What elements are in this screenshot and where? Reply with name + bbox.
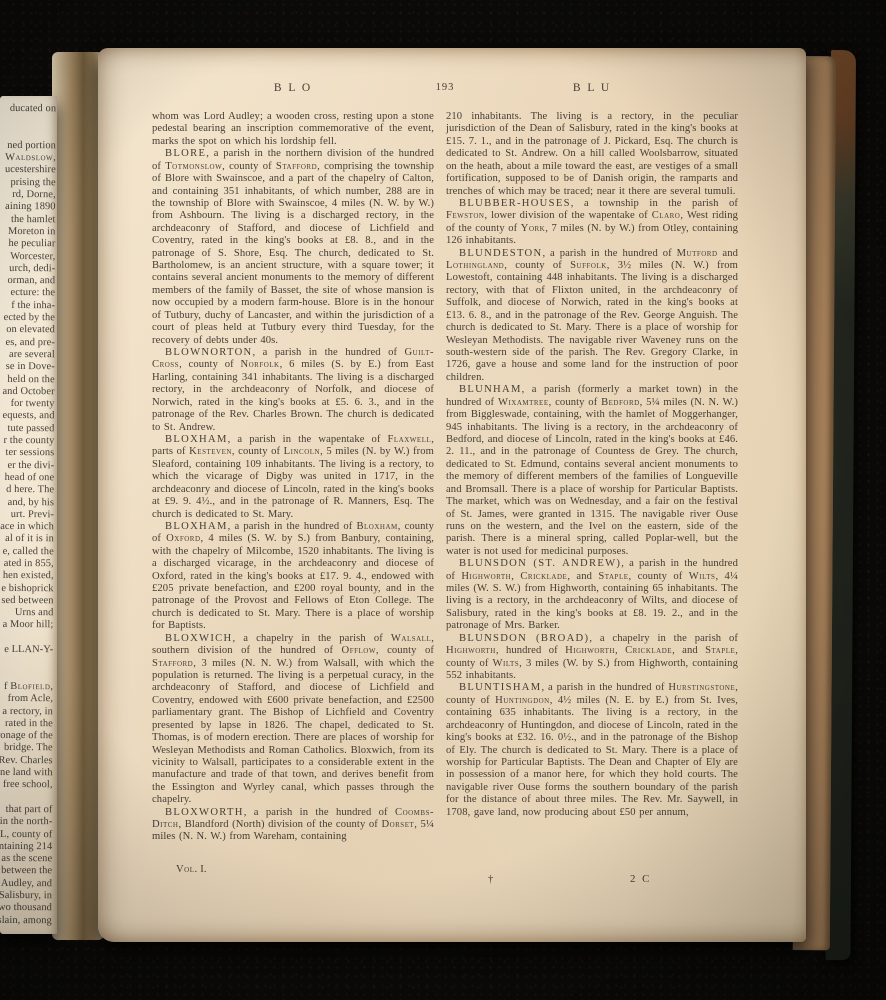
left-page-line xyxy=(0,632,53,645)
left-page-line: slain, among xyxy=(0,914,52,927)
entry-paragraph: BLOXWORTH, a parish in the hundred of Co… xyxy=(152,807,434,844)
book-gutter xyxy=(52,52,104,940)
entry-paragraph: BLOXWICH, a chapelry in the parish of Wa… xyxy=(152,633,434,807)
entry-paragraph: BLOXHAM, a parish in the wapentake of Fl… xyxy=(152,434,434,521)
left-page-line: r the county xyxy=(0,435,54,448)
left-page-line: f the inha- xyxy=(0,300,55,313)
left-page-line: l Audley, and xyxy=(0,877,52,890)
left-page-line: er the divi- xyxy=(0,459,54,472)
text-columns: whom was Lord Audley; a wooden cross, re… xyxy=(152,111,738,871)
left-page-line: e LLAN-Y- xyxy=(0,644,53,657)
left-page-line: Moreton in xyxy=(0,226,56,239)
left-page-line: a free school, xyxy=(0,779,53,792)
book-photo: ducated on ned portionWaldslow,ucestersh… xyxy=(0,0,886,1000)
entry-paragraph: 210 inhabitants. The living is a rectory… xyxy=(446,111,738,198)
left-page-line: L, county of xyxy=(0,828,52,841)
entry-paragraph: BLOXHAM, a parish in the hundred of Blox… xyxy=(152,521,434,633)
entry-paragraph: BLUNSDON (BROAD), a chapelry in the pari… xyxy=(446,633,738,683)
left-page-edge: ducated on ned portionWaldslow,ucestersh… xyxy=(0,96,57,934)
left-page-line: are several xyxy=(0,349,55,362)
left-page-line: ntaining 214 xyxy=(0,841,52,854)
left-page-line: Rev. Charles xyxy=(0,755,53,768)
text-column-left: whom was Lord Audley; a wooden cross, re… xyxy=(152,111,434,871)
left-page-line: f Blofield, xyxy=(0,681,53,694)
entry-paragraph: BLUNSDON (ST. ANDREW), a parish in the h… xyxy=(446,558,738,633)
left-page-line: in the north- xyxy=(0,816,52,829)
entry-paragraph: whom was Lord Audley; a wooden cross, re… xyxy=(152,111,434,148)
left-page-line: hen existed, xyxy=(0,570,54,583)
entry-paragraph: BLUNTISHAM, a parish in the hundred of H… xyxy=(446,682,738,819)
left-page-line: Worcester, xyxy=(0,250,55,263)
entry-paragraph: BLUNDESTON, a parish in the hundred of M… xyxy=(446,248,738,385)
left-page-line: e bishoprick xyxy=(0,582,54,595)
left-page-line xyxy=(0,115,56,128)
left-page-line: ter sessions xyxy=(0,447,54,460)
left-page-line: the hamlet xyxy=(0,213,56,226)
left-page-line: for twenty xyxy=(0,398,55,411)
left-page-line: a rectory, in xyxy=(0,705,53,718)
left-page-line: Salisbury, in xyxy=(0,890,52,903)
left-page-line: rd, Dorne, xyxy=(0,189,56,202)
left-page-line: ated in 855, xyxy=(0,558,54,571)
left-page-line: orman, and xyxy=(0,275,55,288)
left-page-line: ecture: the xyxy=(0,287,55,300)
volume-signature: Vol. I. xyxy=(176,864,206,875)
left-page-line xyxy=(0,791,53,804)
running-head-right: B L U xyxy=(446,82,738,94)
left-page-line: sed between xyxy=(0,595,54,608)
left-page-line: on elevated xyxy=(0,324,55,337)
entry-paragraph: BLUBBER-HOUSES, a township in the parish… xyxy=(446,198,738,248)
left-page-line xyxy=(0,127,56,140)
entry-paragraph: BLORE, a parish in the northern division… xyxy=(152,148,434,347)
left-page-line: e, called the xyxy=(0,545,54,558)
left-page-line: from Acle, xyxy=(0,693,53,706)
gathering-signature: 2 C xyxy=(630,873,651,885)
text-block: B L O 193 B L U whom was Lord Audley; a … xyxy=(152,82,738,871)
page-header: B L O 193 B L U xyxy=(152,82,738,111)
left-page-line: head of one xyxy=(0,472,54,485)
left-page-line: and, by his xyxy=(0,496,54,509)
left-page-line: d here. The xyxy=(0,484,54,497)
left-page-line xyxy=(0,656,53,669)
left-page-line: ace in which xyxy=(0,521,54,534)
left-page-line: ronage of the xyxy=(0,730,53,743)
left-page-line: a Moor hill; xyxy=(0,619,53,632)
left-page-line: between the xyxy=(0,865,52,878)
left-page-line xyxy=(0,668,53,681)
left-page-line: se in Dove- xyxy=(0,361,55,374)
entry-paragraph: BLOWNORTON, a parish in the hundred of G… xyxy=(152,347,434,434)
left-page-line: that part of xyxy=(0,804,52,817)
left-page-line: bridge. The xyxy=(0,742,53,755)
text-column-right: 210 inhabitants. The living is a rectory… xyxy=(446,111,738,871)
left-page-line: he peculiar xyxy=(0,238,55,251)
left-page-line: es, and pre- xyxy=(0,336,55,349)
left-page-text-fragment: ducated on ned portionWaldslow,ucestersh… xyxy=(0,103,56,927)
left-page-line: two thousand xyxy=(0,902,52,915)
left-page-line: held on the xyxy=(0,373,55,386)
left-page-line: ne land with xyxy=(0,767,53,780)
left-page-line: prising the xyxy=(0,177,56,190)
left-page-line: ned portion xyxy=(0,140,56,153)
entry-paragraph: BLUNHAM, a parish (formerly a market tow… xyxy=(446,384,738,558)
left-page-line: al of it is in xyxy=(0,533,54,546)
right-page: B L O 193 B L U whom was Lord Audley; a … xyxy=(98,48,806,942)
left-page-line: tute passed xyxy=(0,422,54,435)
left-page-line: Waldslow, xyxy=(0,152,56,165)
dagger-mark: † xyxy=(488,874,493,885)
left-page-line: ucestershire xyxy=(0,164,56,177)
left-page-line: urt. Previ- xyxy=(0,509,54,522)
left-page-line: as the scene xyxy=(0,853,52,866)
left-page-line: rated in the xyxy=(0,718,53,731)
left-page-line: and October xyxy=(0,386,55,399)
left-page-line: urch, dedi- xyxy=(0,263,55,276)
left-page-line: ducated on xyxy=(0,103,56,116)
left-page-line: ected by the xyxy=(0,312,55,325)
left-page-line: Urns and xyxy=(0,607,54,620)
left-page-line: equests, and xyxy=(0,410,55,423)
left-page-line: aining 1890 xyxy=(0,201,56,214)
